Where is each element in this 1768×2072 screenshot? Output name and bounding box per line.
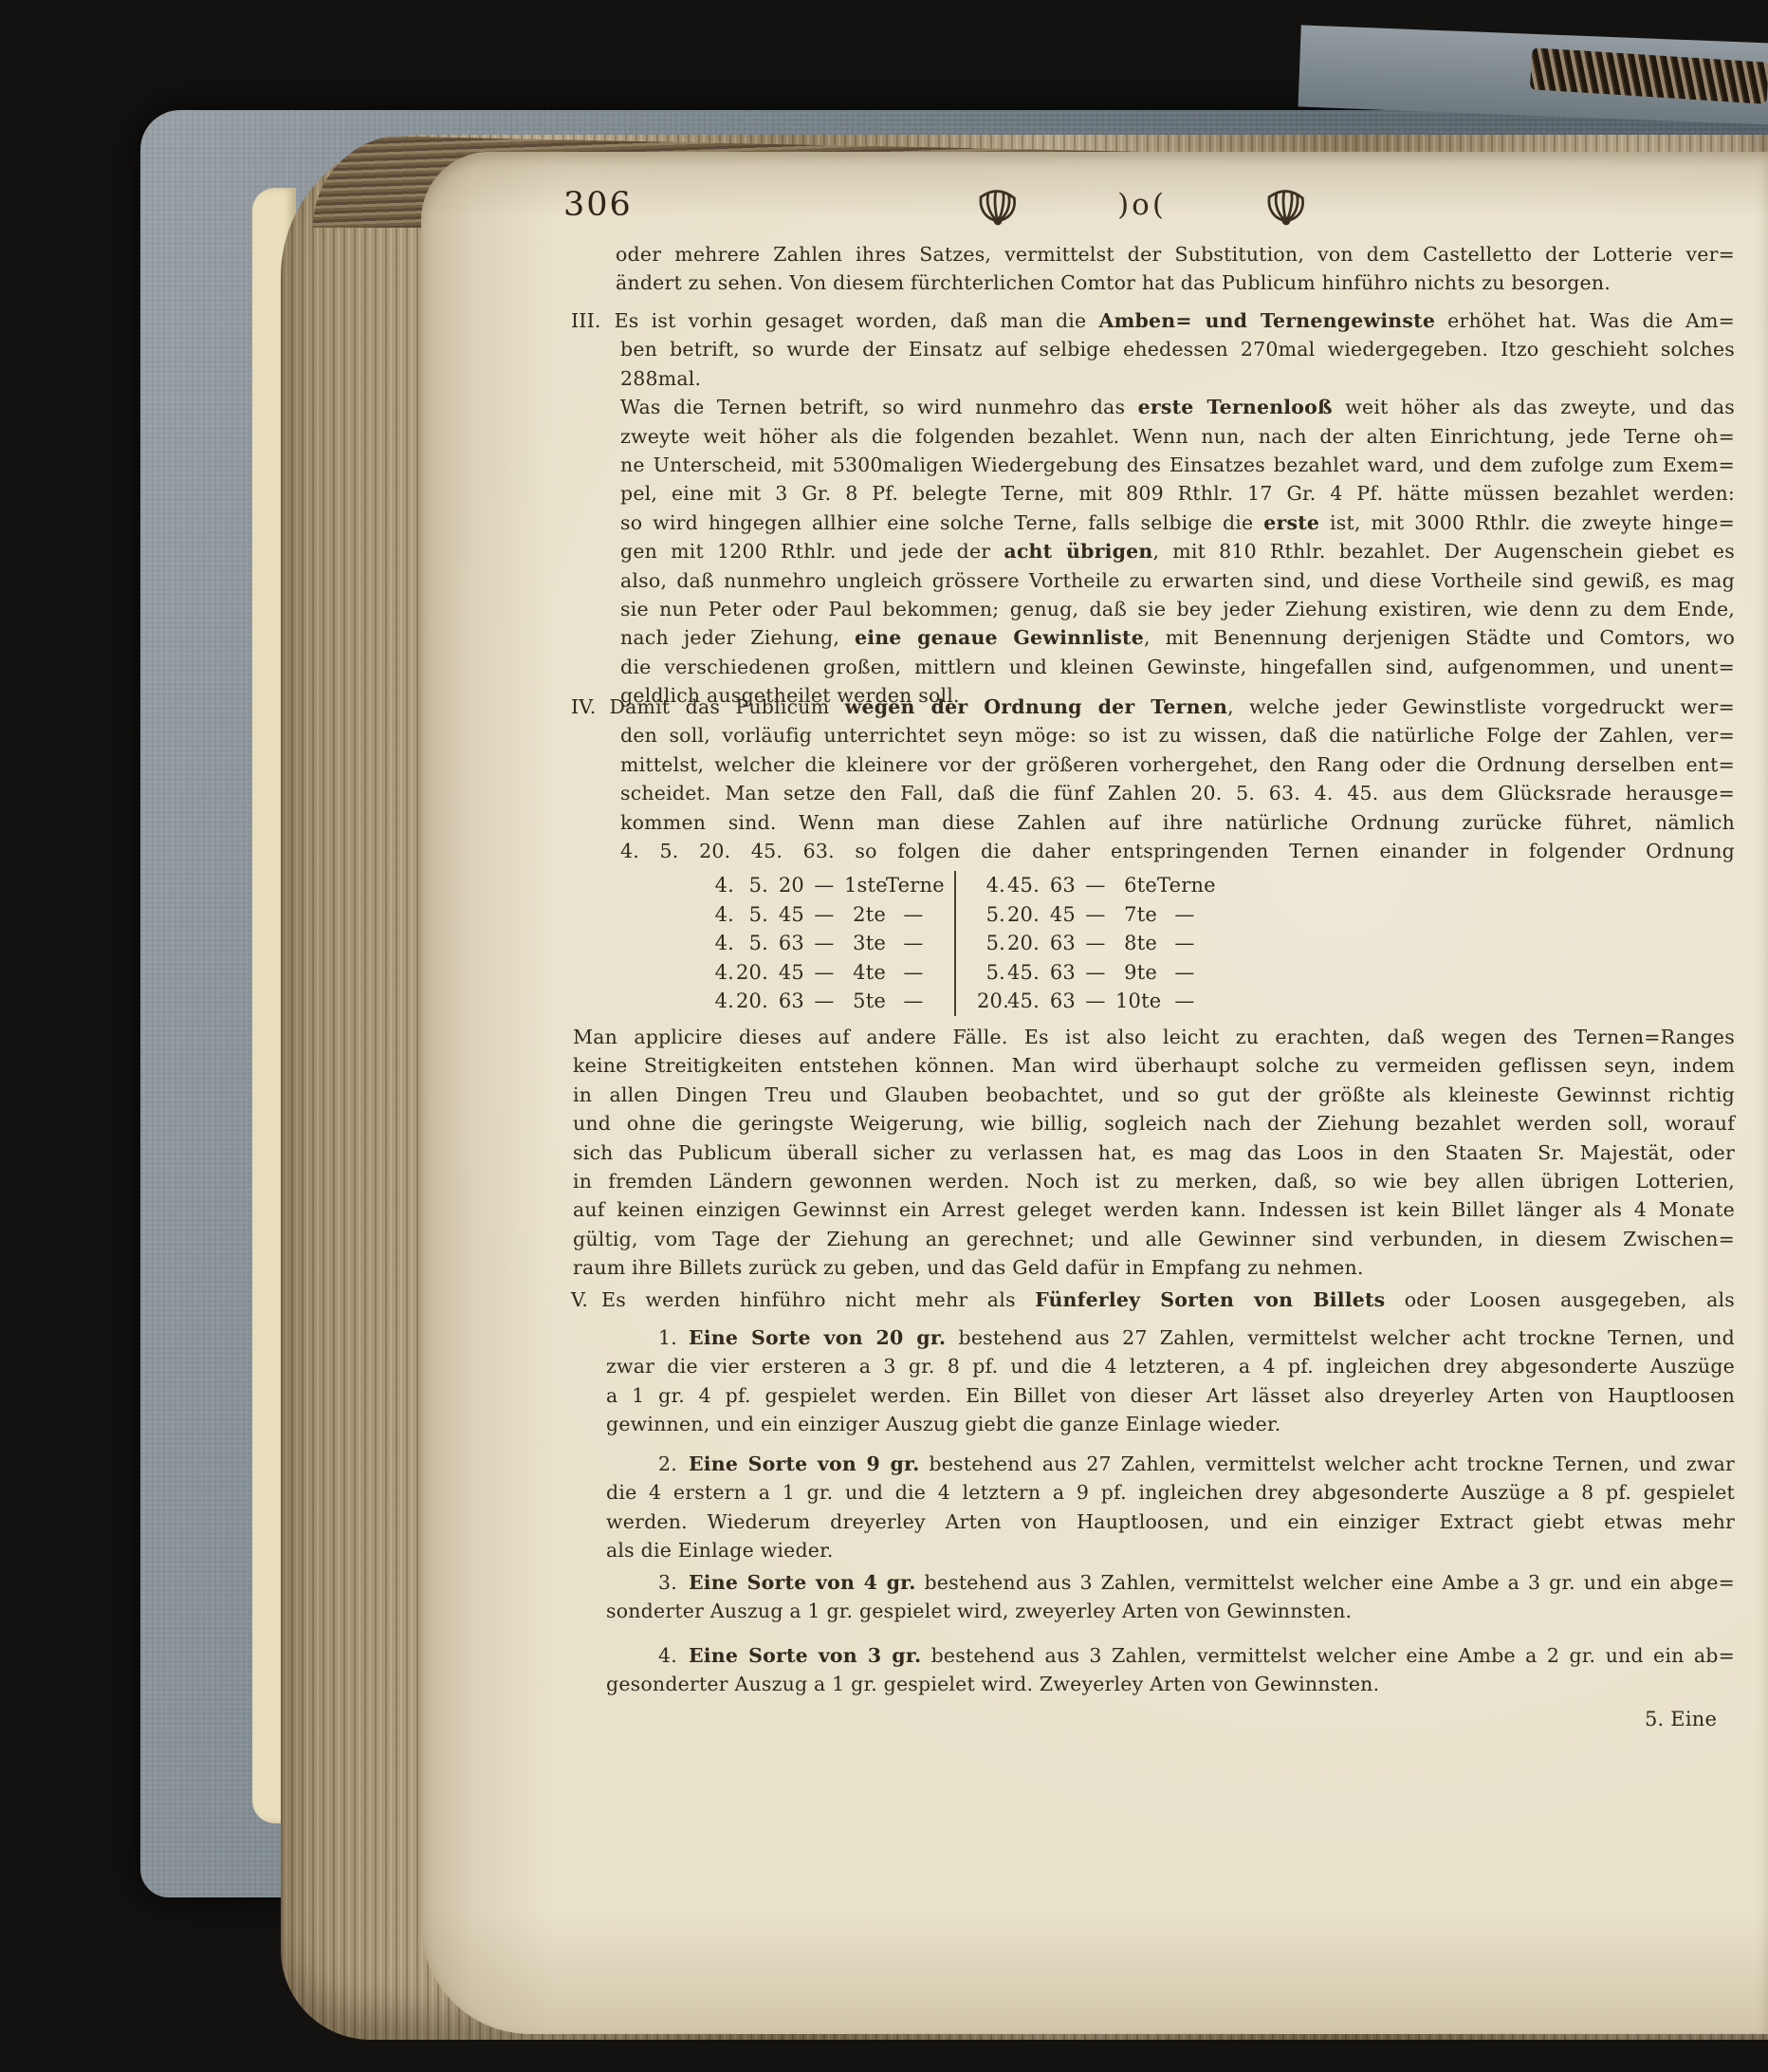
- text-line: 4.Eine Sorte von 3 gr. bestehend aus 3 Z…: [606, 1641, 1735, 1670]
- paragraph-item2: 2.Eine Sorte von 9 gr. bestehend aus 27 …: [606, 1450, 1735, 1565]
- text-line: 4. 5. 20. 45. 63. so folgen die daher en…: [620, 837, 1735, 865]
- scallop-shell-icon: [1264, 188, 1308, 226]
- text-line: 3.Eine Sorte von 4 gr. bestehend aus 3 Z…: [606, 1568, 1735, 1597]
- text-line: in allen Dingen Treu und Glauben beobach…: [573, 1081, 1735, 1109]
- terne-column-right: 4.45.63—6teTerne5.20.45—7te—5.20.63—8te—…: [954, 871, 1212, 1016]
- text-line: pel, eine mit 3 Gr. 8 Pf. belegte Terne,…: [620, 479, 1735, 508]
- text-line: gen mit 1200 Rthlr. und jede der acht üb…: [620, 537, 1735, 565]
- catchword: 5. Eine: [1645, 1708, 1749, 1730]
- paragraph-applicire: Man applicire dieses auf andere Fälle. E…: [573, 1023, 1735, 1283]
- text-line: gültig, vom Tage der Ziehung an gerechne…: [573, 1225, 1735, 1253]
- text-line: Man applicire dieses auf andere Fälle. E…: [573, 1023, 1735, 1051]
- list-item-number: 4.: [658, 1644, 677, 1667]
- text-line: sie nun Peter oder Paul bekommen; genug,…: [620, 595, 1735, 623]
- list-item-number: 1.: [658, 1326, 677, 1349]
- text-line: IV.Damit das Publicum wegen der Ordnung …: [620, 693, 1735, 721]
- text-line: V.Es werden hinführo nicht mehr als Fünf…: [620, 1286, 1735, 1314]
- scallop-shell-icon: [976, 188, 1020, 226]
- text-line: gesonderter Auszug a 1 gr. gespielet wir…: [606, 1670, 1735, 1698]
- terne-row: 4.20.45—4te—: [706, 958, 941, 988]
- photo-background: { "page": { "number": "306", "header": {…: [0, 0, 1768, 2072]
- text-line: a 1 gr. 4 pf. gespielet werden. Ein Bill…: [606, 1381, 1735, 1410]
- text-line: ben betrift, so wurde der Einsatz auf se…: [620, 335, 1735, 393]
- paragraph-item1: 1.Eine Sorte von 20 gr. bestehend aus 27…: [606, 1323, 1735, 1439]
- list-item-number: 3.: [658, 1571, 677, 1594]
- terne-row: 5.20.63—8te—: [977, 929, 1212, 958]
- text-line: Was die Ternen betrift, so wird nunmehro…: [620, 393, 1735, 421]
- paragraph-item4: 4.Eine Sorte von 3 gr. bestehend aus 3 Z…: [606, 1641, 1735, 1699]
- text-line: und ohne die geringste Weigerung, wie bi…: [573, 1109, 1735, 1138]
- terne-row: 20.45.63—10te—: [977, 987, 1212, 1016]
- text-line: also, daß nunmehro ungleich grössere Vor…: [620, 566, 1735, 595]
- text-line: den soll, vorläufig unterrichtet seyn mö…: [620, 721, 1735, 749]
- terne-row: 4.20.63—5te—: [706, 987, 941, 1016]
- text-line: sonderter Auszug a 1 gr. gespielet wird,…: [606, 1597, 1735, 1625]
- text-line: keine Streitigkeiten entstehen können. M…: [573, 1051, 1735, 1080]
- text-line: oder mehrere Zahlen ihres Satzes, vermit…: [616, 240, 1735, 268]
- text-line: III.Es ist vorhin gesaget worden, daß ma…: [620, 306, 1735, 335]
- paragraph-p4: IV.Damit das Publicum wegen der Ordnung …: [620, 693, 1735, 865]
- paragraph-label: III.: [571, 309, 601, 332]
- text-line: scheidet. Man setze den Fall, daß die fü…: [620, 779, 1735, 807]
- header-ornaments: )o(: [976, 188, 1308, 226]
- terne-column-left: 4.5.20—1steTerne4.5.45—2te—4.5.63—3te—4.…: [706, 871, 941, 1016]
- paragraph-p5: V.Es werden hinführo nicht mehr als Fünf…: [620, 1286, 1735, 1314]
- text-line: 2.Eine Sorte von 9 gr. bestehend aus 27 …: [606, 1450, 1735, 1478]
- header-divider: )o(: [1117, 188, 1167, 222]
- paragraph-item3: 3.Eine Sorte von 4 gr. bestehend aus 3 Z…: [606, 1568, 1735, 1626]
- terne-row: 5.45.63—9te—: [977, 958, 1212, 988]
- text-line: gewinnen, und ein einziger Auszug giebt …: [606, 1410, 1735, 1438]
- paragraph-label: IV.: [571, 695, 596, 718]
- text-line: die 4 erstern a 1 gr. und die 4 letztern…: [606, 1478, 1735, 1507]
- text-line: so wird hingegen allhier eine solche Ter…: [620, 509, 1735, 537]
- text-line: raum ihre Billets zurück zu geben, und d…: [573, 1253, 1735, 1282]
- list-item-number: 2.: [658, 1452, 677, 1475]
- paragraph-p3: III.Es ist vorhin gesaget worden, daß ma…: [620, 306, 1735, 711]
- text-line: nach jeder Ziehung, eine genaue Gewinnli…: [620, 623, 1735, 652]
- text-line: ne Unterscheid, mit 5300maligen Wiederge…: [620, 451, 1735, 479]
- text-line: kommen sind. Wenn man diese Zahlen auf i…: [620, 808, 1735, 837]
- text-line: die verschiedenen großen, mittlern und k…: [620, 653, 1735, 681]
- terne-row: 4.5.20—1steTerne: [706, 871, 941, 900]
- text-line: auf keinen einzigen Gewinnst ein Arrest …: [573, 1195, 1735, 1224]
- terne-row: 4.45.63—6teTerne: [977, 871, 1212, 900]
- book-page: 306 )o(: [421, 152, 1768, 2034]
- text-line: 1.Eine Sorte von 20 gr. bestehend aus 27…: [606, 1323, 1735, 1352]
- text-line: sich das Publicum überall sicher zu verl…: [573, 1138, 1735, 1167]
- page-number: 306: [563, 186, 633, 224]
- text-line: mittelst, welcher die kleinere vor der g…: [620, 750, 1735, 779]
- text-line: als die Einlage wieder.: [606, 1536, 1735, 1564]
- text-line: werden. Wiederum dreyerley Arten von Hau…: [606, 1508, 1735, 1536]
- terne-row: 4.5.63—3te—: [706, 929, 941, 958]
- text-line: ändert zu sehen. Von diesem fürchterlich…: [616, 268, 1735, 297]
- terne-order-table: 4.5.20—1steTerne4.5.45—2te—4.5.63—3te—4.…: [706, 871, 1212, 1016]
- text-line: zwar die vier ersteren a 3 gr. 8 pf. und…: [606, 1352, 1735, 1380]
- paragraph-label: V.: [571, 1288, 588, 1311]
- terne-row: 5.20.45—7te—: [977, 900, 1212, 930]
- text-line: zweyte weit höher als die folgenden beza…: [620, 422, 1735, 451]
- terne-row: 4.5.45—2te—: [706, 900, 941, 930]
- text-column: 306 )o(: [421, 152, 1768, 2034]
- text-line: in fremden Ländern gewonnen werden. Noch…: [573, 1167, 1735, 1195]
- paragraph-intro: oder mehrere Zahlen ihres Satzes, vermit…: [616, 240, 1735, 298]
